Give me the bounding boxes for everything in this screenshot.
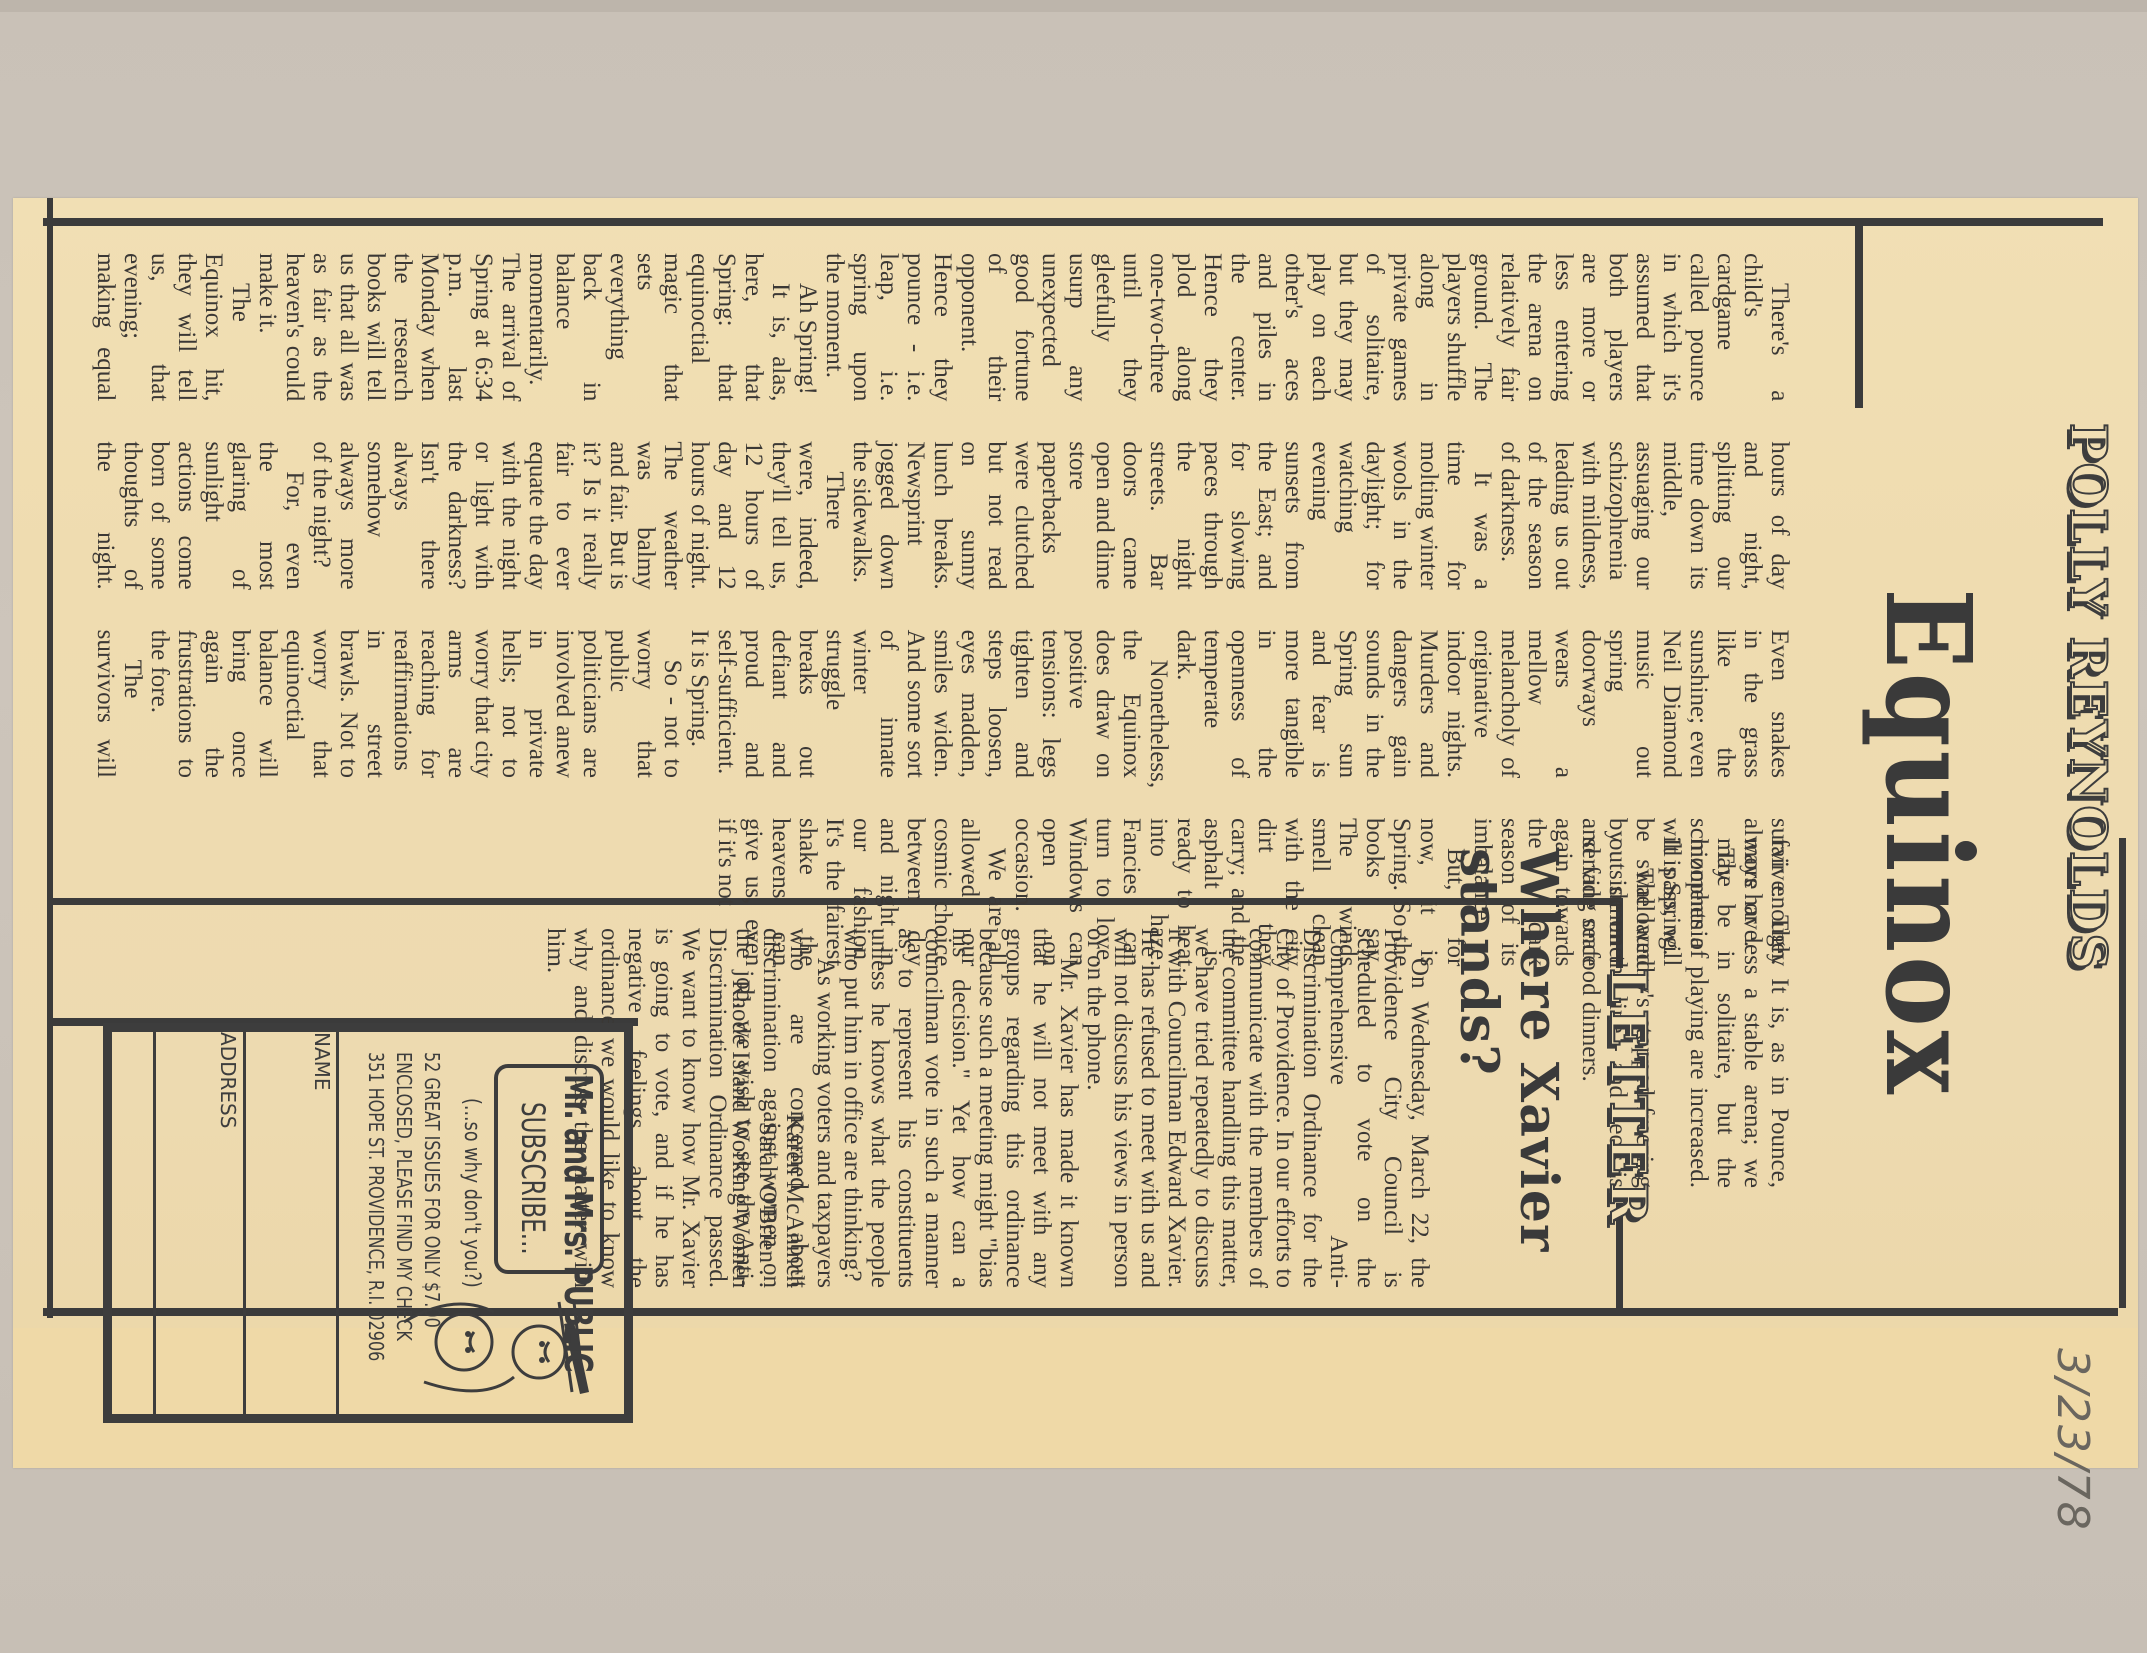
ad-offer-line: ENCLOSED, PLEASE FIND MY CHECK — [390, 1052, 418, 1361]
name-field-label: NAME — [310, 1032, 334, 1091]
ad-title-box: Mr. and Mrs. PUBLIC SUBSCRIBE... — [494, 1064, 604, 1274]
column-kicker: POLLY REYNOLDS — [2059, 423, 2118, 972]
address-field-label: ADDRESS — [216, 1032, 240, 1128]
address-field[interactable] — [153, 1032, 156, 1414]
top-right-rule — [2119, 838, 2126, 1308]
ad-title: Mr. and Mrs. PUBLIC — [558, 1074, 598, 1372]
letter-paragraph: Mr. Xavier has made it known that he wil… — [839, 928, 1082, 1288]
ad-tagline: (...so why don't you?) — [459, 1098, 484, 1288]
handwritten-date: 3/23/78 — [2047, 1348, 2098, 1532]
article-paragraph: There were, indeed, they'll tell us, 12 … — [308, 441, 848, 589]
newspaper-clipping: POLLY REYNOLDS 3/23/78 Equinox There's a… — [13, 198, 2138, 1468]
left-column-rule — [43, 218, 2103, 226]
signature-line: Sarah O'Brien . . — [754, 928, 781, 1288]
scanner-backdrop-edge — [0, 0, 2147, 12]
article-title: Equinox — [1859, 588, 1998, 1097]
signature-line: Rhode Island Working Women — [727, 928, 754, 1288]
article-paragraph: Ah Spring! — [794, 253, 821, 401]
article-paragraph: So - not to worry that public politician… — [146, 630, 686, 778]
article-paragraph: It is, alas, here, that Spring: that equ… — [254, 253, 794, 401]
letter-section-label: LETTER — [1599, 968, 1658, 1230]
article-paragraph: Nonetheless, the Equinox does draw on po… — [686, 630, 1172, 778]
ad-offer-line: 52 GREAT ISSUES FOR ONLY $7.00 — [418, 1052, 446, 1361]
letter-title-line1: Where Xavier — [1508, 848, 1568, 1252]
ad-subtitle: SUBSCRIBE... — [514, 1102, 552, 1255]
letter-signatures: Karen McAninchSarah O'Brien . .Rhode Isl… — [727, 928, 808, 1288]
name-field[interactable] — [243, 1032, 246, 1414]
header-rule-bottom-left — [1855, 218, 1863, 408]
signature-line: Karen McAninch — [781, 928, 808, 1288]
letter-paragraph: On Wednesday, March 22, the Providence C… — [1082, 928, 1433, 1288]
ad-offer-lines: 52 GREAT ISSUES FOR ONLY $7.00ENCLOSED, … — [362, 1052, 446, 1361]
letter-body: On Wednesday, March 22, the Providence C… — [542, 928, 1433, 1288]
letter-title-line2: stands? — [1448, 848, 1508, 1252]
letter-title: Where Xavier stands? — [1448, 848, 1568, 1252]
article-body: There's a child's cardgame called pounce… — [73, 253, 1793, 778]
ad-offer-line: 351 HOPE ST. PROVIDENCE, R.I. 02906 — [362, 1052, 390, 1361]
article-paragraph: There's a child's cardgame called pounce… — [821, 253, 1793, 401]
article-paragraph: fair enough. It is, as in Pounce, more o… — [1658, 838, 1793, 1188]
bottom-rule — [47, 198, 53, 1318]
ad-divider — [336, 1032, 339, 1414]
article-paragraph: It was a time for molting winter wools i… — [848, 441, 1496, 589]
subscribe-ad: Mr. and Mrs. PUBLIC SUBSCRIBE... (...so … — [103, 1023, 633, 1423]
